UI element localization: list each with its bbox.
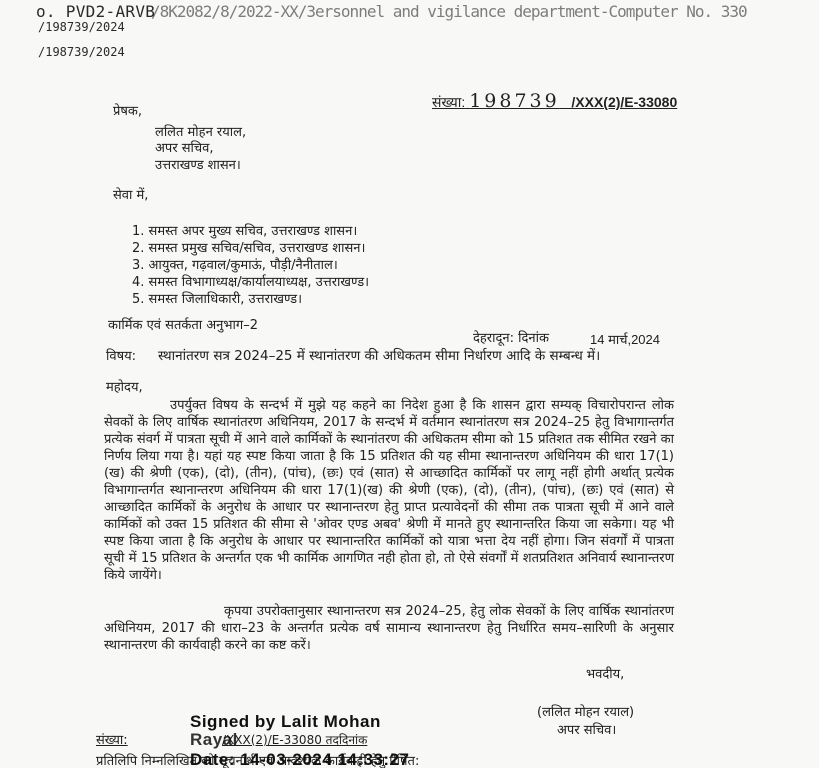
reference-suffix: /XXX(2)/E-33080 — [571, 94, 677, 110]
recipient-item: 2. समस्त प्रमुख सचिव/सचिव, उत्तराखण्ड शा… — [132, 238, 365, 256]
subject-label: विषय: — [106, 346, 136, 364]
header-file-number-1: /198739/2024 — [38, 20, 125, 34]
subject-text: स्थानांतरण सत्र 2024–25 में स्थानांतरण क… — [158, 346, 600, 364]
sender-label: प्रेषक, — [113, 101, 142, 119]
reference-label: संख्या: — [432, 94, 465, 110]
letter-date: 14 मार्च,2024 — [590, 330, 660, 348]
body-paragraph-1: उपर्युक्त विषय के सन्दर्भ में मुझे यह कह… — [104, 397, 674, 584]
digital-signature-surname: Rayal — [190, 730, 238, 750]
footer-ref-label: संख्या: — [96, 730, 128, 748]
closing-designation: अपर सचिव। — [557, 720, 616, 738]
footer-ref-value: /XXX(2)/E-33080 तददिनांक — [222, 731, 367, 748]
document-page: o. PVD2-ARVB /8K2082/8/2022-XX/3ersonnel… — [0, 0, 819, 768]
digital-signature-date: Date: 14-03-2024 14:33:27 — [190, 750, 409, 768]
sender-office: उत्तराखण्ड शासन। — [155, 155, 241, 173]
body-paragraph-2: कृपया उपरोक्तानुसार स्थानान्तरण सत्र 202… — [104, 603, 674, 654]
recipient-item: 1. समस्त अपर मुख्य सचिव, उत्तराखण्ड शासन… — [132, 221, 357, 239]
header-stamp-line: o. PVD2-ARVB /8K2082/8/2022-XX/3ersonnel… — [36, 2, 155, 21]
reference-number: संख्या: 198739 /XXX(2)/E-33080 — [432, 90, 677, 112]
header-file-id: o. PVD2-ARVB — [36, 2, 155, 21]
salutation: महोदय, — [106, 377, 143, 395]
sender-designation: अपर सचिव, — [155, 138, 214, 156]
header-file-number-2: /198739/2024 — [38, 45, 125, 59]
section-name: कार्मिक एवं सतर्कता अनुभाग–2 — [108, 315, 258, 333]
recipient-item: 4. समस्त विभागाध्यक्ष/कार्यालयाध्यक्ष, उ… — [132, 272, 369, 290]
reference-handwritten-number: 198739 — [469, 90, 560, 112]
closing-name: (ललित मोहन रयाल) — [537, 702, 634, 720]
digital-signature-name: Signed by Lalit Mohan — [190, 712, 381, 732]
recipient-item: 3. आयुक्त, गढ़वाल/कुमाऊं, पौड़ी/नैनीताल। — [132, 255, 338, 273]
recipients-label: सेवा में, — [113, 185, 148, 203]
header-overlay-text: /8K2082/8/2022-XX/3ersonnel and vigilanc… — [151, 2, 747, 21]
place-label: देहरादून: दिनांक — [473, 328, 549, 346]
closing-yours: भवदीय, — [586, 664, 624, 682]
recipient-item: 5. समस्त जिलाधिकारी, उत्तराखण्ड। — [132, 289, 302, 307]
